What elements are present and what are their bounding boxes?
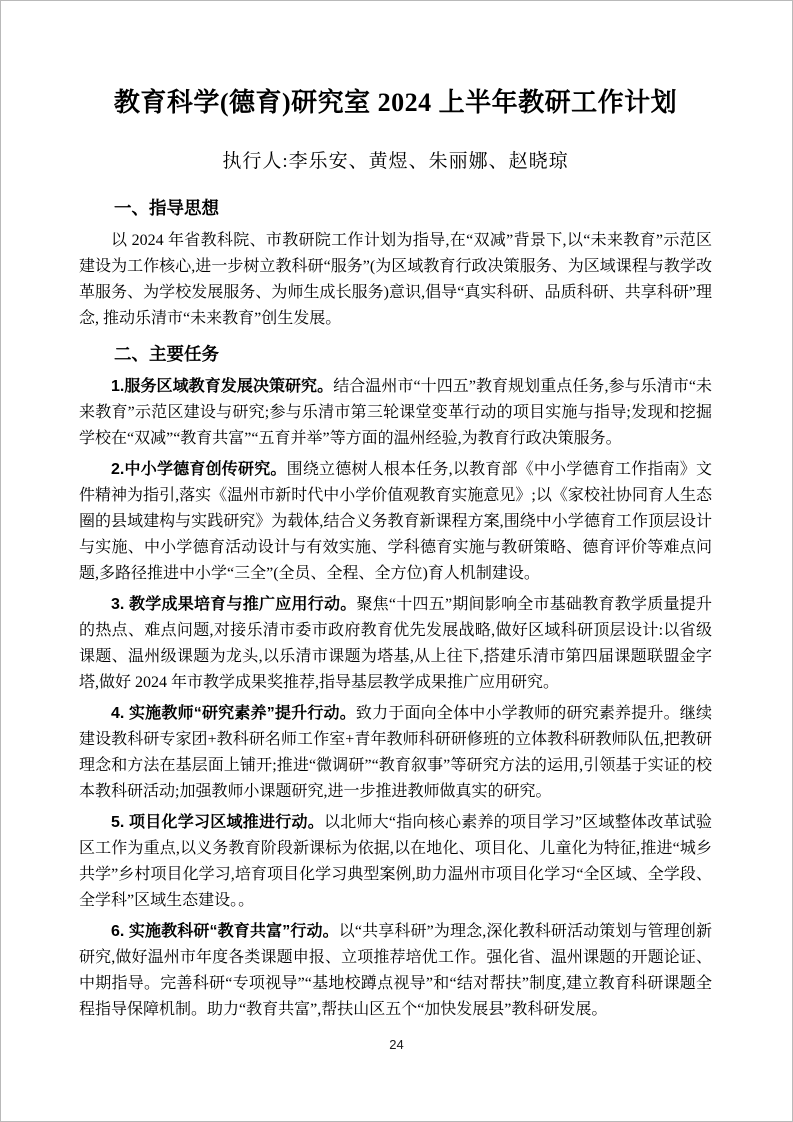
task-item-3: 3. 教学成果培育与推广应用行动。聚焦“十四五”期间影响全市基础教育教学质量提升… — [79, 592, 712, 696]
task-item-6: 6. 实施教科研“教育共富”行动。以“共享科研”为理念,深化教科研活动策划与管理… — [79, 919, 712, 1023]
task-item-5: 5. 项目化学习区域推进行动。以北师大“指向核心素养的项目学习”区域整体改革试验… — [79, 810, 712, 914]
task-item-4: 4. 实施教师“研究素养”提升行动。致力于面向全体中小学教师的研究素养提升。继续… — [79, 701, 712, 805]
task-item-1-lead: 1.服务区域教育发展决策研究。 — [111, 378, 333, 395]
page-number: 24 — [1, 1037, 792, 1052]
task-item-5-lead: 5. 项目化学习区域推进行动。 — [111, 814, 324, 831]
task-item-2-text: 围绕立德树人根本任务,以教育部《中小学德育工作指南》文件精神为指引,落实《温州市… — [79, 461, 712, 582]
task-item-3-lead: 3. 教学成果培育与推广应用行动。 — [111, 596, 356, 613]
task-item-2: 2.中小学德育创传研究。围绕立德树人根本任务,以教育部《中小学德育工作指南》文件… — [79, 457, 712, 587]
document-title: 教育科学(德育)研究室 2024 上半年教研工作计划 — [79, 85, 712, 121]
task-item-6-lead: 6. 实施教科研“教育共富”行动。 — [111, 923, 339, 940]
executor-line: 执行人:李乐安、黄煜、朱丽娜、赵晓琼 — [79, 150, 712, 174]
task-item-2-lead: 2.中小学德育创传研究。 — [111, 461, 287, 478]
section-guiding-ideology-heading: 一、指导思想 — [79, 196, 712, 220]
task-item-4-lead: 4. 实施教师“研究素养”提升行动。 — [111, 705, 356, 722]
task-item-1: 1.服务区域教育发展决策研究。结合温州市“十四五”教育规划重点任务,参与乐清市“… — [79, 374, 712, 452]
guiding-ideology-paragraph: 以 2024 年省教科院、市教研院工作计划为指导,在“双减”背景下,以“未来教育… — [79, 228, 712, 332]
document-page: 教育科学(德育)研究室 2024 上半年教研工作计划 执行人:李乐安、黄煜、朱丽… — [0, 0, 793, 1122]
section-main-tasks-heading: 二、主要任务 — [79, 342, 712, 366]
